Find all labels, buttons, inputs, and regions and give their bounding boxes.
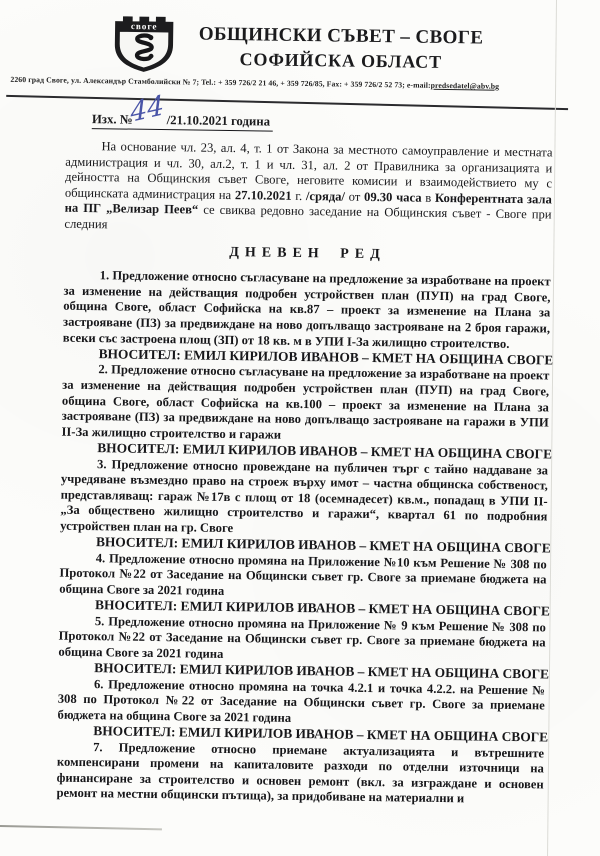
- item-number: 4.: [96, 551, 106, 565]
- item-number: 1.: [100, 268, 110, 282]
- intro-paragraph: На основание чл. 23, ал. 4, т. 1 от Зако…: [64, 139, 552, 239]
- email-address: predsedatel@abv.bg: [431, 81, 500, 91]
- item-number: 2.: [98, 363, 108, 377]
- item-number: 5.: [95, 614, 105, 628]
- item-text: Предложение относно промяна на Приложени…: [58, 614, 546, 661]
- org-title: ОБЩИНСКИ СЪВЕТ – СВОГЕ: [171, 23, 511, 50]
- agenda-item-3: 3. Предложение относно провеждане на пуб…: [60, 456, 548, 541]
- agenda-item-7: 7. Предложение относно приемане актуализ…: [56, 739, 544, 808]
- item-number: 6.: [94, 677, 104, 691]
- meeting-weekday: /сряда/: [306, 189, 345, 204]
- item-text: Предложение относно промяна на точка 4.2…: [57, 677, 545, 725]
- item-text: Предложение относно приемане актуализаци…: [56, 740, 544, 806]
- ref-date: /21.10.2021 година: [167, 113, 271, 128]
- ref-prefix: Изх. №: [92, 112, 133, 127]
- agenda-item-1: 1. Предложение относно съгласуване на пр…: [63, 268, 551, 353]
- letterhead-title-block: ОБЩИНСКИ СЪВЕТ – СВОГЕ СОФИЙСКА ОБЛАСТ: [171, 23, 512, 74]
- letterhead-divider: [6, 95, 568, 110]
- item-text: Предложение относно промяна на Приложени…: [59, 551, 547, 598]
- logo-text: своге: [131, 21, 158, 31]
- item-text: Предложение относно провеждане на публич…: [60, 457, 548, 535]
- document-body: На основание чл. 23, ал. 4, т. 1 от Зако…: [56, 139, 552, 809]
- agenda-item-2: 2. Предложение относно съгласуване на пр…: [61, 362, 549, 447]
- letterhead-contact-line: 2260 град Своге, ул. Александър Стамболи…: [10, 75, 570, 92]
- intro-segment: от: [345, 189, 364, 203]
- agenda-heading: ДНЕВЕН РЕД: [64, 242, 551, 264]
- scanned-content: своге ОБЩИНСКИ СЪВЕТ – СВОГЕ СОФИЙСКА ОБ…: [0, 0, 600, 856]
- item-text: Предложение относно съгласуване на предл…: [63, 269, 551, 351]
- item-text: Предложение относно съгласуване на предл…: [61, 363, 549, 442]
- item-number: 7.: [93, 740, 103, 754]
- intro-segment: г.: [291, 189, 306, 203]
- agenda-item-5: 5. Предложение относно промяна на Прилож…: [58, 613, 546, 667]
- item-number: 3.: [97, 457, 107, 471]
- outgoing-number-line: Изх. №/21.10.2021 година: [92, 112, 273, 132]
- contact-text: 2260 град Своге, ул. Александър Стамболи…: [10, 75, 430, 90]
- meeting-date: 27.10.2021: [235, 188, 292, 203]
- agenda-item-4: 4. Предложение относно промяна на Прилож…: [59, 550, 547, 604]
- agenda-item-6: 6. Предложение относно промяна на точка …: [57, 676, 545, 730]
- meeting-time: 09.30 часа: [364, 190, 422, 205]
- document-page: своге ОБЩИНСКИ СЪВЕТ – СВОГЕ СОФИЙСКА ОБ…: [0, 0, 600, 856]
- intro-segment: в: [421, 190, 435, 204]
- org-subtitle: СОФИЙСКА ОБЛАСТ: [171, 48, 511, 74]
